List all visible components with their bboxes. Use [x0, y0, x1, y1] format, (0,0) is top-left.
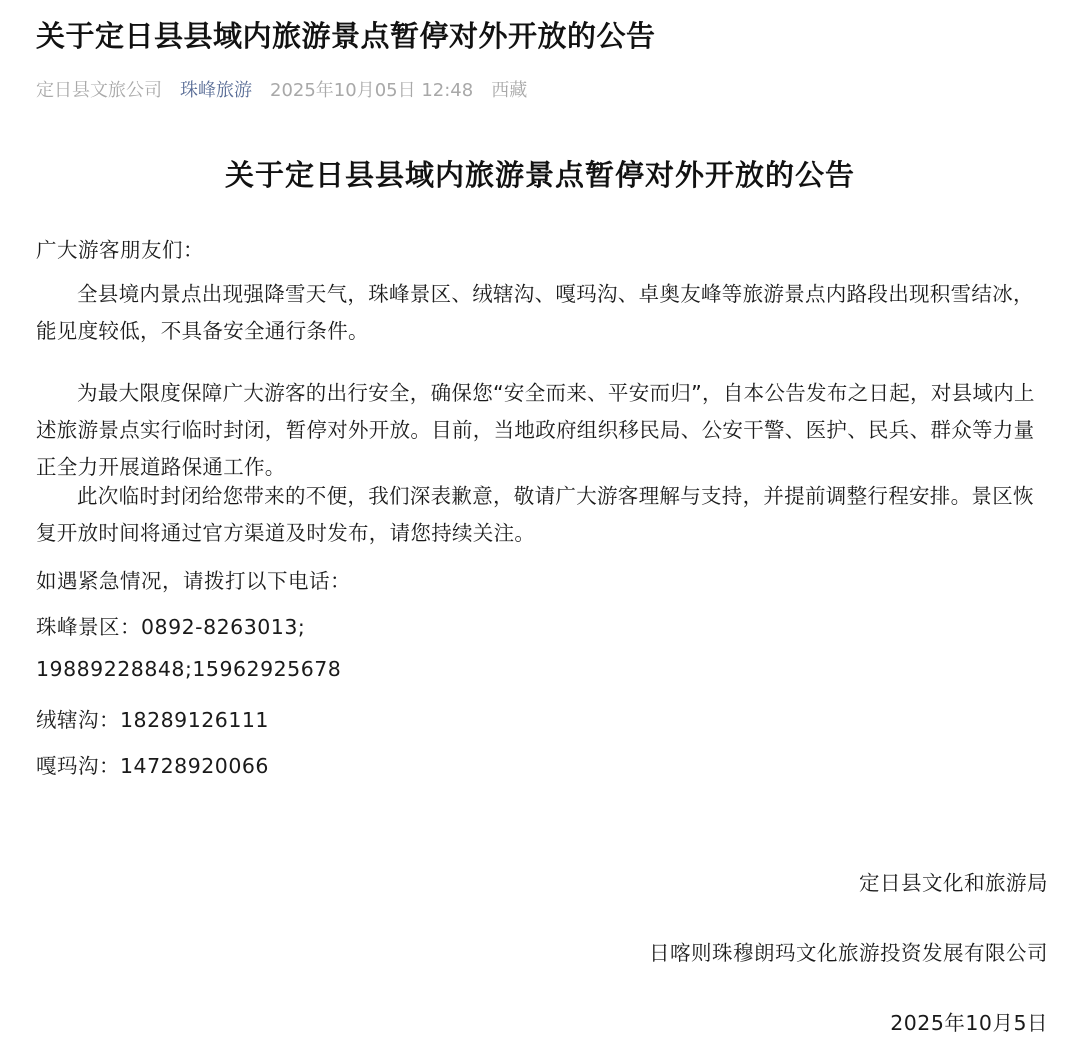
paragraph-1: 全县境内景点出现强降雪天气，珠峰景区、绒辖沟、嘎玛沟、卓奥友峰等旅游景点内路段出…	[36, 276, 1050, 350]
contact-line: 珠峰景区：0892-8263013;	[36, 610, 305, 640]
account-link[interactable]: 珠峰旅游	[180, 76, 252, 102]
contact-line: 嘎玛沟：14728920066	[36, 749, 269, 779]
contact-line: 绒辖沟：18289126111	[36, 703, 269, 733]
signature-company: 日喀则珠穆朗玛文化旅游投资发展有限公司	[649, 936, 1048, 966]
article-meta: 定日县文旅公司 珠峰旅游 2025年10月05日 12:48 西藏	[36, 76, 527, 102]
paragraph-3: 此次临时封闭给您带来的不便，我们深表歉意，敬请广大游客理解与支持，并提前调整行程…	[36, 478, 1050, 552]
emergency-intro: 如遇紧急情况，请拨打以下电话：	[36, 564, 351, 594]
location: 西藏	[491, 76, 527, 102]
document-date: 2025年10月5日	[890, 1006, 1048, 1036]
paragraph-2: 为最大限度保障广大游客的出行安全，确保您“安全而来、平安而归”，自本公告发布之日…	[36, 375, 1050, 486]
document-title: 关于定日县县域内旅游景点暂停对外开放的公告	[0, 153, 1080, 194]
greeting: 广大游客朋友们：	[36, 233, 204, 263]
signature-bureau: 定日县文化和旅游局	[859, 866, 1048, 896]
author-name: 定日县文旅公司	[36, 76, 162, 102]
article-title: 关于定日县县域内旅游景点暂停对外开放的公告	[36, 14, 656, 55]
contact-line: 19889228848;15962925678	[36, 657, 341, 681]
publish-datetime: 2025年10月05日 12:48	[270, 76, 473, 102]
